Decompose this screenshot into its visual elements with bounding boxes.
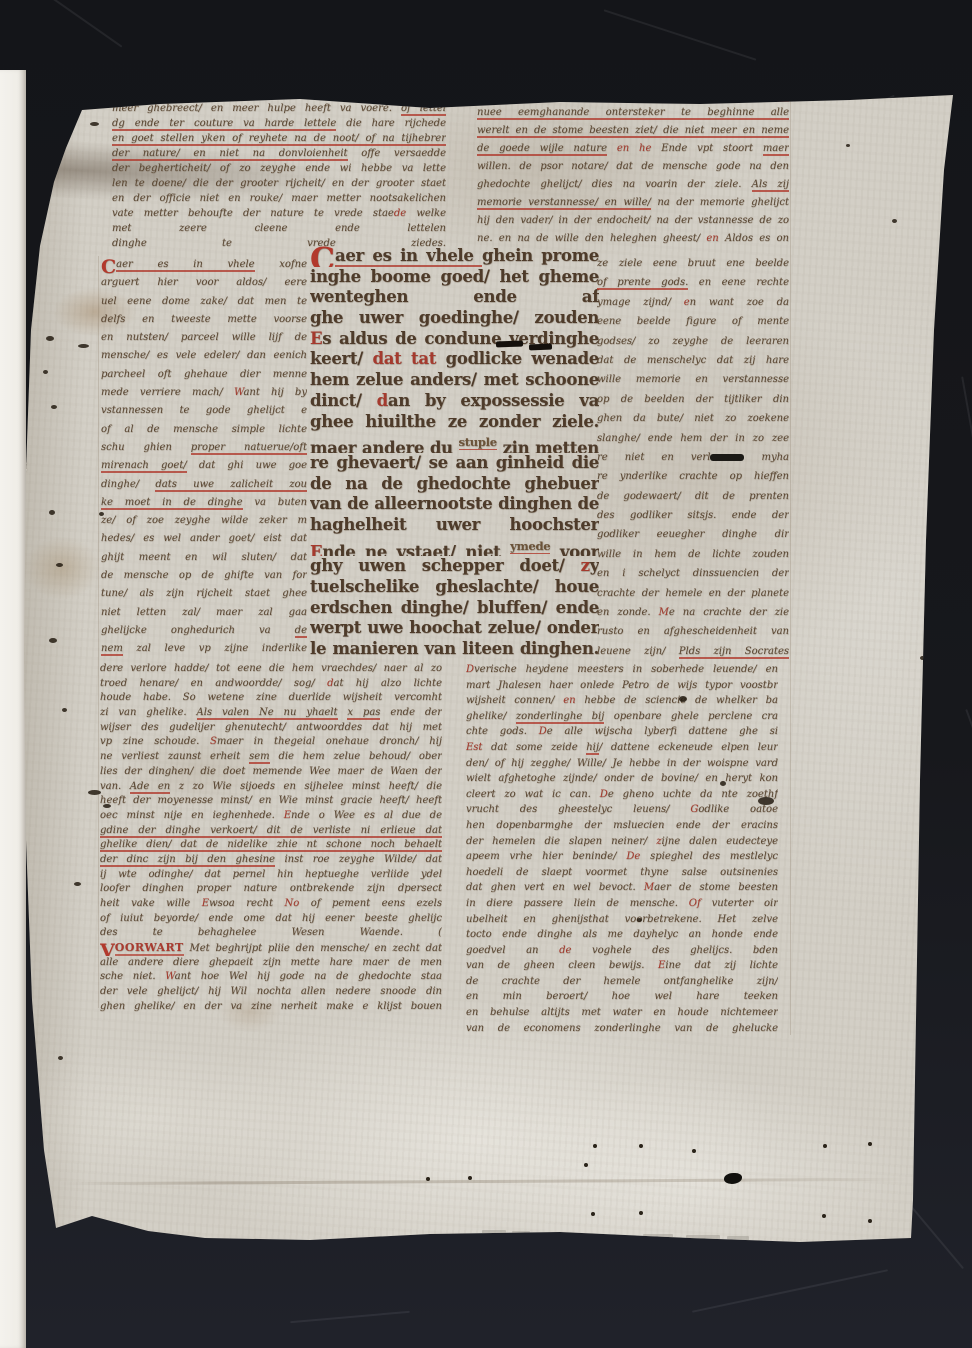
manuscript-text-line: re ghevaert/ se aan ginheid die go	[310, 453, 599, 474]
manuscript-text-line: wille in hem de lichte zouden	[597, 545, 789, 564]
manuscript-text-line: re niet en verl myha	[597, 448, 789, 467]
ink-smear	[710, 454, 744, 461]
manuscript-text-line: mirenach goet/ dat ghi uwe goe	[101, 457, 307, 475]
manuscript-text-line: ubelheit en ghenijsthat voorbetrekene. H…	[466, 912, 778, 928]
manuscript-text-line: troed henare/ en andwoordde/ sog/ dat hi…	[100, 677, 442, 692]
pricking-hole	[639, 1211, 643, 1215]
manuscript-text-line: godses/ zo zeyghe de leeraren	[597, 332, 789, 351]
pricking-hole	[593, 1144, 597, 1148]
ink-stain	[529, 344, 552, 351]
manuscript-text-line: cleert zo wat ic can. De gheno uchte da …	[466, 787, 778, 803]
ink-stain	[892, 219, 897, 223]
offset-ghost-mark	[482, 1230, 506, 1235]
manuscript-text-line: lies der dinghen/ die doet memende Wee m…	[100, 765, 442, 780]
pricking-hole	[584, 1163, 588, 1167]
manuscript-text-line: der begherticheit/ of zo zeyghe ende wi …	[112, 161, 446, 176]
manuscript-text-line: willen. de psor notare/ dat de mensche g…	[477, 158, 789, 176]
gloss-column-right: ze ziele eene bruut ene beeldeof prente …	[597, 254, 789, 661]
gloss-column-left: Caer es in vhele xofnearguert hier voor …	[101, 256, 307, 659]
manuscript-text-line: goedvel an de voghele des ghelijcs. bden	[466, 943, 778, 959]
ink-stain	[724, 1173, 742, 1184]
manuscript-text-line: of iuiut beyorde/ ende ome dat hij eener…	[100, 912, 442, 927]
manuscript-text-line: keert/ dat tat godlicke wenade dier	[310, 349, 599, 370]
manuscript-text-line: nem zal leve vp zijne inderlike	[101, 640, 307, 658]
manuscript-text-line: dat de menschelyc dat zij hare	[597, 351, 789, 370]
horizontal-crease	[58, 1178, 910, 1185]
manuscript-text-line: hoedeli de slaept voormet thyne salse ou…	[466, 865, 778, 881]
manuscript-text-line: en i schelyct dinssuencien der	[597, 564, 789, 583]
ink-stain	[49, 510, 55, 515]
manuscript-text-line: van de gheen cleen bewijs. Eine dat zij …	[466, 958, 778, 974]
manuscript-text-line: in diere passere liein de mensche. Of vu…	[466, 896, 778, 912]
ink-stain	[78, 344, 89, 348]
manuscript-text-line: erdschen dinghe/ bluffen/ ende ghy	[310, 598, 599, 619]
scratch-mark	[692, 1269, 888, 1313]
manuscript-text-line: Dverische heydene meesters in soberhede …	[466, 662, 778, 678]
pricking-hole	[426, 1177, 430, 1181]
manuscript-text-line: niet letten zal/ maer zal gaa	[101, 604, 307, 622]
manuscript-text-line: en min beroert/ hoe wel hare teeken	[466, 989, 778, 1005]
manuscript-text-line: vstannessen te gode ghelijct e	[101, 402, 307, 420]
manuscript-text-line: tocto ende dinghe als me dayhelyc an hon…	[466, 927, 778, 943]
manuscript-text-line: de goede wijle nature en he Ende vpt sto…	[477, 140, 789, 158]
pricking-hole	[822, 1214, 826, 1218]
offset-ghost-mark	[512, 1231, 530, 1236]
manuscript-text-line: hedes/ es wel ander goet/ eist dat	[101, 530, 307, 548]
ink-stain	[496, 341, 523, 348]
text-block-lower-right: Dverische heydene meesters in soberhede …	[466, 662, 778, 1036]
ink-stain	[758, 797, 774, 805]
manuscript-text-line: arguert hier voor aldos/ eere	[101, 274, 307, 292]
manuscript-text-line: of prente gods. en eene rechte	[597, 273, 789, 292]
manuscript-text-line: en goet stellen yken of reyhete na de no…	[112, 131, 446, 146]
manuscript-text-line: heit vake wille Ewsoa recht No of pement…	[100, 897, 442, 912]
manuscript-text-line: ene rehine dat baren gheine behoufde tve…	[477, 86, 789, 104]
ink-stain	[62, 708, 67, 712]
manuscript-text-line: ghelijcke onghedurich va de	[101, 622, 307, 640]
manuscript-text-line: VOORWART Met beghrijpt pliie den mensche…	[100, 941, 442, 956]
manuscript-text-line: loofer dinghen proper nature ontbrekende…	[100, 882, 442, 897]
manuscript-text-line: inghe boome goed/ het gheme mut	[310, 267, 599, 288]
manuscript-text-line: crachte der hemele en der planete	[597, 584, 789, 603]
manuscript-text-line: ze ziele eene bruut ene beelde	[597, 254, 789, 273]
ink-stain	[74, 882, 81, 886]
manuscript-text-line: en zonde. Me na crachte der zie	[597, 603, 789, 622]
manuscript-text-line: der nature/ en niet na donvloienheit off…	[112, 146, 446, 161]
manuscript-text-line: delfs en tweeste mette voorse	[101, 311, 307, 329]
scratch-mark	[604, 9, 757, 60]
manuscript-text-line: godliker eeuegher dinghe dir	[597, 525, 789, 544]
manuscript-text-line: leuene zijn/ Plds zijn Socrates	[597, 642, 789, 661]
manuscript-text-line: vp zine schoude. Smaer in thegeial oneha…	[100, 735, 442, 750]
manuscript-text-line: le manieren van liteen dinghen.	[310, 639, 599, 660]
manuscript-text-line: den/ of hij zegghe/ Wille/ Je hebbe in d…	[466, 756, 778, 772]
manuscript-text-line: nuee eemghanande ontersteker te beghinne…	[477, 104, 789, 122]
manuscript-text-line: wille memorie en verstannesse	[597, 370, 789, 389]
ink-stain	[679, 696, 687, 702]
manuscript-text-line: zi van ghelike. Als valen Ne nu yhaelt x…	[100, 706, 442, 721]
main-text-column: Caer es in vhele ghein prome eninghe boo…	[310, 246, 599, 660]
manuscript-text-line: alle andere diere ghepaeit zijn mette ha…	[100, 956, 442, 971]
manuscript-text-line: rusto en afghescheidenheit van	[597, 622, 789, 641]
manuscript-text-line: tune/ als zijn rijcheit staet ghee	[101, 585, 307, 603]
pricking-hole	[868, 1142, 872, 1146]
pricking-hole	[868, 1219, 872, 1223]
text-block-lower-left: dere verlore hadde/ tot eene die hem vra…	[100, 662, 442, 1015]
scratch-mark	[48, 0, 123, 48]
manuscript-text-line: Caer es in vhele ghein prome en	[310, 246, 599, 267]
manuscript-text-line: Es aldus de condune verdinghe ver	[310, 329, 599, 350]
ink-stain	[846, 144, 850, 147]
manuscript-text-line: gdine der dinghe verkoert/ dit de verlis…	[100, 824, 442, 839]
manuscript-text-line: hem zelue anders/ met schoone ne	[310, 370, 599, 391]
manuscript-text-line: met zeere cleene ende lettelen	[112, 221, 446, 236]
manuscript-text-line: tuelschelike gheslachte/ houe alle	[310, 577, 599, 598]
manuscript-text-line: uel eene dome zake/ dat men te	[101, 293, 307, 311]
offset-ghost-mark	[686, 1235, 720, 1240]
ink-stain	[637, 918, 642, 922]
manuscript-text-line: ke moet in de dinghe va buten	[101, 494, 307, 512]
ink-stain	[46, 336, 54, 341]
ink-stain	[49, 638, 57, 643]
scratch-mark	[290, 1311, 410, 1323]
manuscript-text-line: ghy uwen schepper doet/ zy wilde	[310, 556, 599, 577]
manuscript-text-line: der dinc zijn bij den ghesine inst roe z…	[100, 853, 442, 868]
manuscript-text-line: of al de mensche simple lichte	[101, 421, 307, 439]
ink-stain	[68, 116, 75, 120]
ink-stain	[90, 122, 99, 126]
offset-ghost-mark	[643, 1234, 673, 1239]
manuscript-text-line: ghedochte ghelijct/ dies na voarin der z…	[477, 176, 789, 194]
manuscript-text-line: van de alleernootste dinghen de be	[310, 494, 599, 515]
manuscript-text-line: ne verliest zaunst erheit sem die hem ze…	[100, 750, 442, 765]
manuscript-text-line: Caer es in vhele xofne	[101, 256, 307, 274]
manuscript-text-line: de na de ghedochte ghebuer zijt/ want	[310, 474, 599, 495]
ink-stain	[920, 656, 925, 660]
manuscript-text-line: ghen ghelike/ en der va zine nerheit mak…	[100, 1000, 442, 1015]
manuscript-text-line: parcheel oft ghehaue dier menne	[101, 366, 307, 384]
manuscript-page: gheren wille dat ninghe vroede ghehuysce…	[0, 0, 972, 1348]
manuscript-text-line: ghelike/ zonderlinghe bij openbare ghele…	[466, 709, 778, 725]
manuscript-text-line: de godewaert/ dit de prenten	[597, 487, 789, 506]
manuscript-text-line: Ende ne vstaet/ niet ymede voor lachsuie…	[310, 536, 599, 557]
scratch-mark	[965, 709, 972, 813]
manuscript-text-line: dat ghen vert en wel bevoct. Maer de sto…	[466, 880, 778, 896]
manuscript-text-line: ij wte odinghe/ dat pernel hin heptueghe…	[100, 868, 442, 883]
ink-stain	[51, 405, 57, 409]
manuscript-text-line: ghijt meent en wil sluten/ dat	[101, 549, 307, 567]
manuscript-text-line: mede verriere mach/ Want hij by	[101, 384, 307, 402]
manuscript-text-line: en behulse altijts met water en houde ni…	[466, 1005, 778, 1021]
photo-stage: gheren wille dat ninghe vroede ghehuysce…	[0, 0, 972, 1348]
manuscript-text-line: dere verlore hadde/ tot eene die hem vra…	[100, 662, 442, 677]
pricking-hole	[468, 1176, 472, 1180]
manuscript-text-line: en der officie niet en rouke/ maer mette…	[112, 191, 446, 206]
manuscript-text-line: ghee hiuilthe ze zonder ziele. Cvoor	[310, 412, 599, 433]
manuscript-text-line: de mensche op de ghifte van for	[101, 567, 307, 585]
manuscript-text-line: schu ghien proper natuerue/oft	[101, 439, 307, 457]
ink-stain	[56, 563, 63, 567]
manuscript-text-line: hen dopenbarmghe der msluecien ende der …	[466, 818, 778, 834]
manuscript-text-line: houde habe. So wetene zine duerlide wijs…	[100, 691, 442, 706]
manuscript-text-line: memorie verstannesse/ en wille/ na der m…	[477, 194, 789, 212]
scratch-mark	[961, 377, 972, 466]
manuscript-text-line: haghelheit uwer hoochster nature	[310, 515, 599, 536]
manuscript-text-line: de crachte der hemele ontfanghelike zijn…	[466, 974, 778, 990]
manuscript-text-line: van de economens zonderlinghe van de ghe…	[466, 1021, 778, 1037]
pricking-hole	[639, 1144, 643, 1148]
manuscript-text-line: eene beelde figure of mente	[597, 312, 789, 331]
manuscript-text-line: ghen da bute/ niet zo zoekene	[597, 409, 789, 428]
manuscript-text-line: werpt uwe hoochat zelue/ onder al	[310, 618, 599, 639]
manuscript-text-line: len te doene/ die der grooter rijcheit/ …	[112, 176, 446, 191]
offset-ghost-mark	[727, 1236, 749, 1241]
manuscript-text-line: chte gods. De alle wijscha lyberfi datte…	[466, 724, 778, 740]
manuscript-text-line: heeft der moyenesse minst/ en Wie minst …	[100, 794, 442, 809]
manuscript-text-line: des godliker sitsjs. ende der	[597, 506, 789, 525]
manuscript-text-line: ymage zijnd/ en want zoe da	[597, 293, 789, 312]
manuscript-text-line: sche niet. Want hoe Wel hij gode na de g…	[100, 970, 442, 985]
manuscript-text-line: dinct/ dan by expossessie va eeni	[310, 391, 599, 412]
manuscript-text-line: wijsheit connen/ en hebbe de sciencie de…	[466, 693, 778, 709]
manuscript-text-line: gheren wille dat ninghe vroede ghehuysce…	[112, 86, 446, 101]
pricking-hole	[591, 1212, 595, 1216]
ruling-line-left	[98, 256, 99, 1008]
manuscript-text-line: oec minst nije en ieghenhede. Ende o Wee…	[100, 809, 442, 824]
manuscript-text-line: mart Jhalesen haer onlede Petro de wijs …	[466, 678, 778, 694]
manuscript-text-line: op de beelden der tijtliker din	[597, 390, 789, 409]
text-block-top-left: gheren wille dat ninghe vroede ghehuysce…	[112, 86, 446, 251]
manuscript-text-line: meer ghebreect/ en meer hulpe heeft va v…	[112, 101, 446, 116]
manuscript-text-line: vrucht des gheestelyc leuens/ Godlike oa…	[466, 802, 778, 818]
manuscript-text-line: maer andere du stuple zin metten ha	[310, 432, 599, 453]
backing-paper-sheet	[0, 70, 26, 1348]
manuscript-text-line: des te behaghelee Wesen Waende. (	[100, 926, 442, 941]
manuscript-text-line: wielt afghetoghe zijnde/ onder de bovine…	[466, 771, 778, 787]
manuscript-text-line: der hemelen die slapen neiner/ zijne dal…	[466, 834, 778, 850]
manuscript-text-line: dinghe/ dats uwe zalicheit zou	[101, 476, 307, 494]
manuscript-text-line: hij den vader/ in der endocheit/ na der …	[477, 212, 789, 230]
manuscript-text-line: ze/ of zoe zeyghe wilde zeker m	[101, 512, 307, 530]
manuscript-text-line: wenteghen ende af ghescheidene din	[310, 287, 599, 308]
manuscript-text-line: mensche/ es vele edeler/ dan eenich	[101, 347, 307, 365]
text-block-top-right: ene rehine dat baren gheine behoufde tve…	[477, 86, 789, 248]
manuscript-text-line: ghelike dien/ dat de nidelike zhie nt sc…	[100, 838, 442, 853]
ink-stain	[43, 370, 48, 374]
ruling-line-right	[790, 95, 791, 1035]
manuscript-text-line: apeem vrhe hier beninde/ De spieghel des…	[466, 849, 778, 865]
ink-stain	[99, 512, 104, 516]
ink-stain	[58, 1056, 63, 1060]
manuscript-text-line: wijser des gudelijer ghenutecht/ antwoor…	[100, 721, 442, 736]
ink-stain	[103, 804, 111, 808]
ink-stain	[720, 781, 726, 786]
ink-stain	[88, 790, 101, 795]
manuscript-text-line: vate metter behoufte der nature te vrede…	[112, 206, 446, 221]
manuscript-text-line: re ynderlike crachte op hieffen	[597, 467, 789, 486]
manuscript-text-line: van. Ade en z zo Wie sijoeds en sijhelee…	[100, 780, 442, 795]
manuscript-text-line: der vele ghelijct/ hij Wil nochta allen …	[100, 985, 442, 1000]
manuscript-text-line: dg ende ter couture va harde lettele die…	[112, 116, 446, 131]
pricking-hole	[692, 1149, 696, 1153]
manuscript-text-line: en nutsten/ parceel wille lijf de	[101, 329, 307, 347]
manuscript-text-line: Est dat some zeide hij/ dattene eckeneud…	[466, 740, 778, 756]
manuscript-text-line: werelt en de stome beesten ziet/ die nie…	[477, 122, 789, 140]
manuscript-text-line: ghe uwer goedinghe/ zouden moet.	[310, 308, 599, 329]
manuscript-text-line: slanghe/ ende hem der in zo zee	[597, 429, 789, 448]
pricking-hole	[823, 1144, 827, 1148]
